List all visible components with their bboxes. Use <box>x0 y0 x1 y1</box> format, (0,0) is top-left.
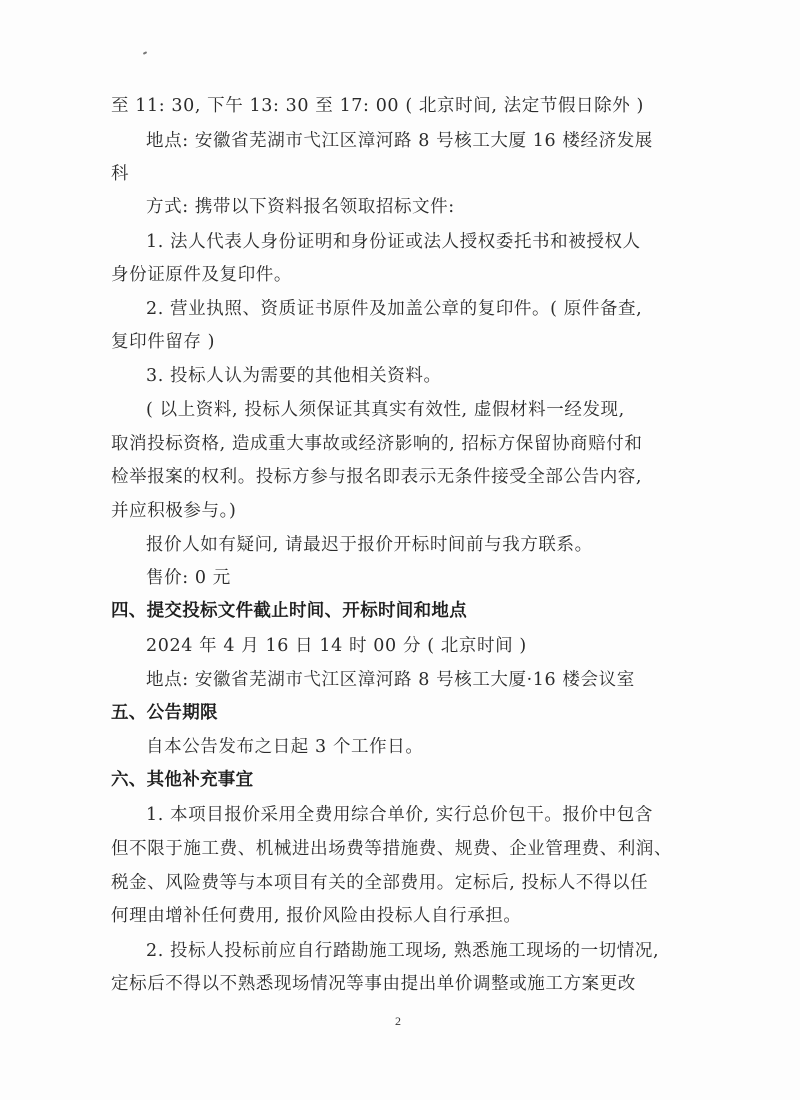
registration-location-line: 地点: 安徽省芜湖市弋江区漳河路 8 号核工大厦 16 楼经济发展 <box>146 130 653 152</box>
scan-speck <box>143 51 147 55</box>
supplement-item-1-line-4: 何理由增补任何费用, 报价风险由投标人自行承担。 <box>111 905 522 927</box>
requirement-item-1: 1. 法人代表人身份证明和身份证或法人授权委托书和被授权人 <box>146 231 641 253</box>
contact-note: 报价人如有疑问, 请最迟于报价开标时间前与我方联系。 <box>146 534 593 556</box>
bid-deadline: 2024 年 4 月 16 日 14 时 00 分 ( 北京时间 ) <box>146 635 527 657</box>
supplement-item-2-line-1: 2. 投标人投标前应自行踏勘施工现场, 熟悉施工现场的一切情况, <box>146 940 659 962</box>
validity-note-line-4: 并应积极参与。) <box>111 500 236 522</box>
section-5-heading: 五、公告期限 <box>111 702 218 724</box>
document-price: 售价: 0 元 <box>146 567 231 589</box>
requirement-item-2-continuation: 复印件留存 ) <box>111 331 215 353</box>
supplement-item-1-line-2: 但不限于施工费、机械进出场费等措施费、规费、企业管理费、利润、 <box>111 838 672 860</box>
supplement-item-2-line-2: 定标后不得以不熟悉现场情况等事由提出单价调整或施工方案更改 <box>111 973 636 995</box>
announcement-period: 自本公告发布之日起 3 个工作日。 <box>146 736 423 758</box>
validity-note-line-2: 取消投标资格, 造成重大事故或经济影响的, 招标方保留协商赔付和 <box>111 433 642 455</box>
office-hours-line: 至 11: 30, 下午 13: 30 至 17: 00 ( 北京时间, 法定节… <box>111 95 644 117</box>
registration-method-line: 方式: 携带以下资料报名领取招标文件: <box>146 196 455 218</box>
registration-location-continuation: 科 <box>111 163 129 185</box>
requirement-item-2: 2. 营业执照、资质证书原件及加盖公章的复印件。( 原件备查, <box>146 298 642 320</box>
bid-opening-location: 地点: 安徽省芜湖市弋江区漳河路 8 号核工大厦·16 楼会议室 <box>146 669 635 691</box>
supplement-item-1-line-1: 1. 本项目报价采用全费用综合单价, 实行总价包干。报价中包含 <box>146 804 653 826</box>
requirement-item-3: 3. 投标人认为需要的其他相关资料。 <box>146 365 442 387</box>
section-4-heading: 四、提交投标文件截止时间、开标时间和地点 <box>111 600 467 622</box>
section-6-heading: 六、其他补充事宜 <box>111 769 253 791</box>
supplement-item-1-line-3: 税金、风险费等与本项目有关的全部费用。定标后, 投标人不得以任 <box>111 872 648 894</box>
validity-note-line-3: 检举报案的权利。投标方参与报名即表示无条件接受全部公告内容, <box>111 466 642 488</box>
page-number: 2 <box>395 1014 401 1029</box>
document-page: 至 11: 30, 下午 13: 30 至 17: 00 ( 北京时间, 法定节… <box>0 0 800 1100</box>
requirement-item-1-continuation: 身份证原件及复印件。 <box>111 264 292 286</box>
validity-note-line-1: ( 以上资料, 投标人须保证其真实有效性, 虚假材料一经发现, <box>146 399 625 421</box>
